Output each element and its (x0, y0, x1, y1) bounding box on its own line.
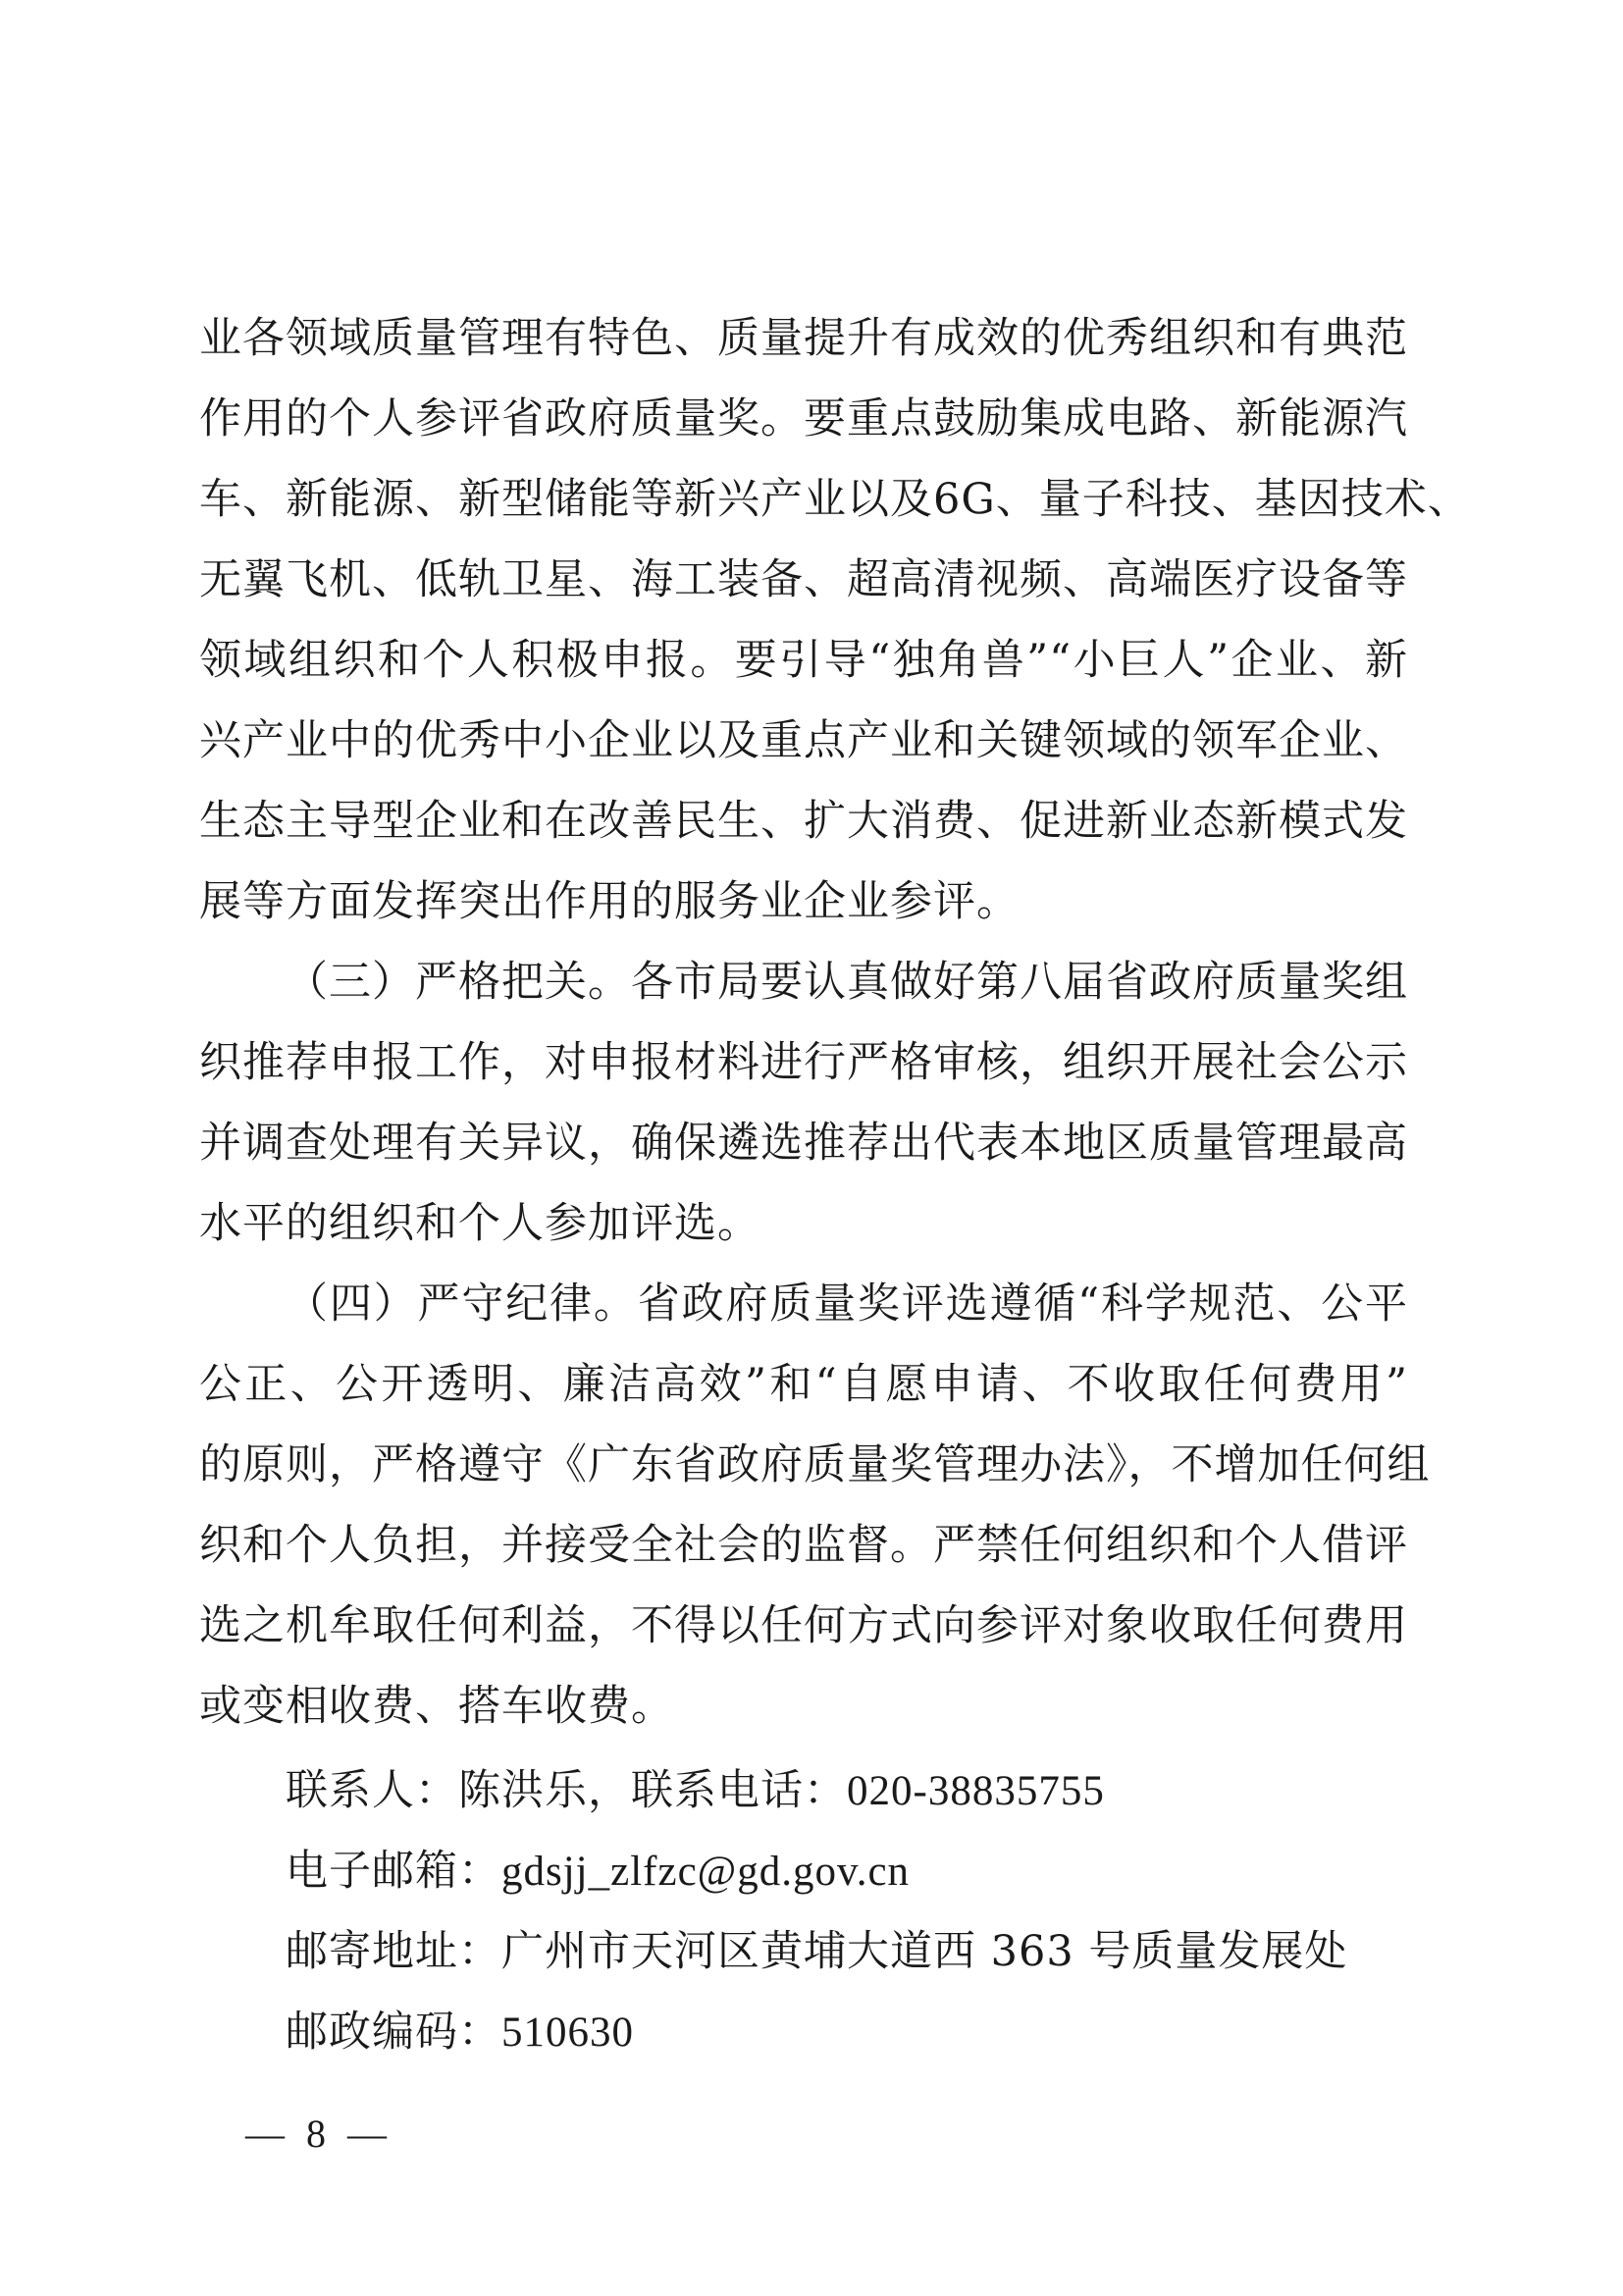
contact-address-label: 邮寄地址： (286, 1927, 501, 1976)
contact-postcode: 510630 (501, 2009, 634, 2056)
body-line: 领域组织和个人积极申报。要引导“独角兽”“小巨人”企业、新 (199, 636, 1408, 685)
body-line: 业各领域质量管理有特色、质量提升有成效的优秀组织和有典范 (199, 314, 1408, 363)
body-line: 展等方面发挥突出作用的服务业企业参评。 (199, 877, 1408, 926)
body-line: 生态主导型企业和在改善民生、扩大消费、促进新业态新模式发 (199, 797, 1408, 846)
contact-email-line: 电子邮箱：gdsjj_zlfzc@gd.gov.cn (286, 1847, 910, 1897)
body-line: 无翼飞机、低轨卫星、海工装备、超高清视频、高端医疗设备等 (199, 555, 1408, 604)
body-line: 兴产业中的优秀中小企业以及重点产业和关键领域的领军企业、 (199, 716, 1408, 765)
body-line: 织推荐申报工作，对申报材料进行严格审核，组织开展社会公示 (199, 1038, 1408, 1087)
body-line: 或变相收费、搭车收费。 (199, 1682, 1408, 1731)
contact-email-link[interactable]: gdsjj_zlfzc@gd.gov.cn (501, 1849, 910, 1895)
contact-email-label: 电子邮箱： (286, 1847, 501, 1896)
body-line: 公正、公开透明、廉洁高效”和“自愿申请、不收取任何费用” (199, 1360, 1408, 1409)
document-page: 业各领域质量管理有特色、质量提升有成效的优秀组织和有典范 作用的个人参评省政府质… (0, 0, 1623, 2296)
body-line: 车、新能源、新型储能等新兴产业以及6G、量子科技、基因技术、 (199, 475, 1408, 524)
body-line: 选之机牟取任何利益，不得以任何方式向参评对象收取任何费用 (199, 1601, 1408, 1650)
contact-person-name: 陈洪乐， (458, 1766, 631, 1815)
page-number: — 8 — (245, 2110, 393, 2159)
body-line: 水平的组织和个人参加评选。 (199, 1199, 1408, 1248)
contact-postcode-line: 邮政编码：510630 (286, 2008, 634, 2058)
body-line: 作用的个人参评省政府质量奖。要重点鼓励集成电路、新能源汽 (199, 394, 1408, 444)
body-line: 织和个人负担，并接受全社会的监督。严禁任何组织和个人借评 (199, 1521, 1408, 1570)
contact-address: 广州市天河区黄埔大道西 363 号质量发展处 (501, 1927, 1347, 1976)
contact-phone-label: 联系电话： (631, 1766, 847, 1815)
contact-person-line: 联系人：陈洪乐，联系电话：020-38835755 (286, 1766, 1105, 1816)
body-line: 并调查处理有关异议，确保遴选推荐出代表本地区质量管理最高 (199, 1119, 1408, 1168)
body-line: 的原则，严格遵守《广东省政府质量奖管理办法》，不增加任何组 (199, 1440, 1408, 1489)
contact-person-label: 联系人： (286, 1766, 458, 1815)
section-3-heading-line: （三）严格把关。各市局要认真做好第八届省政府质量奖组 (199, 958, 1408, 1007)
contact-phone: 020-38835755 (847, 1768, 1105, 1814)
contact-postcode-label: 邮政编码： (286, 2008, 501, 2057)
contact-address-line: 邮寄地址：广州市天河区黄埔大道西 363 号质量发展处 (286, 1927, 1347, 1976)
section-4-heading-line: （四）严守纪律。省政府质量奖评选遵循“科学规范、公平 (199, 1279, 1408, 1329)
